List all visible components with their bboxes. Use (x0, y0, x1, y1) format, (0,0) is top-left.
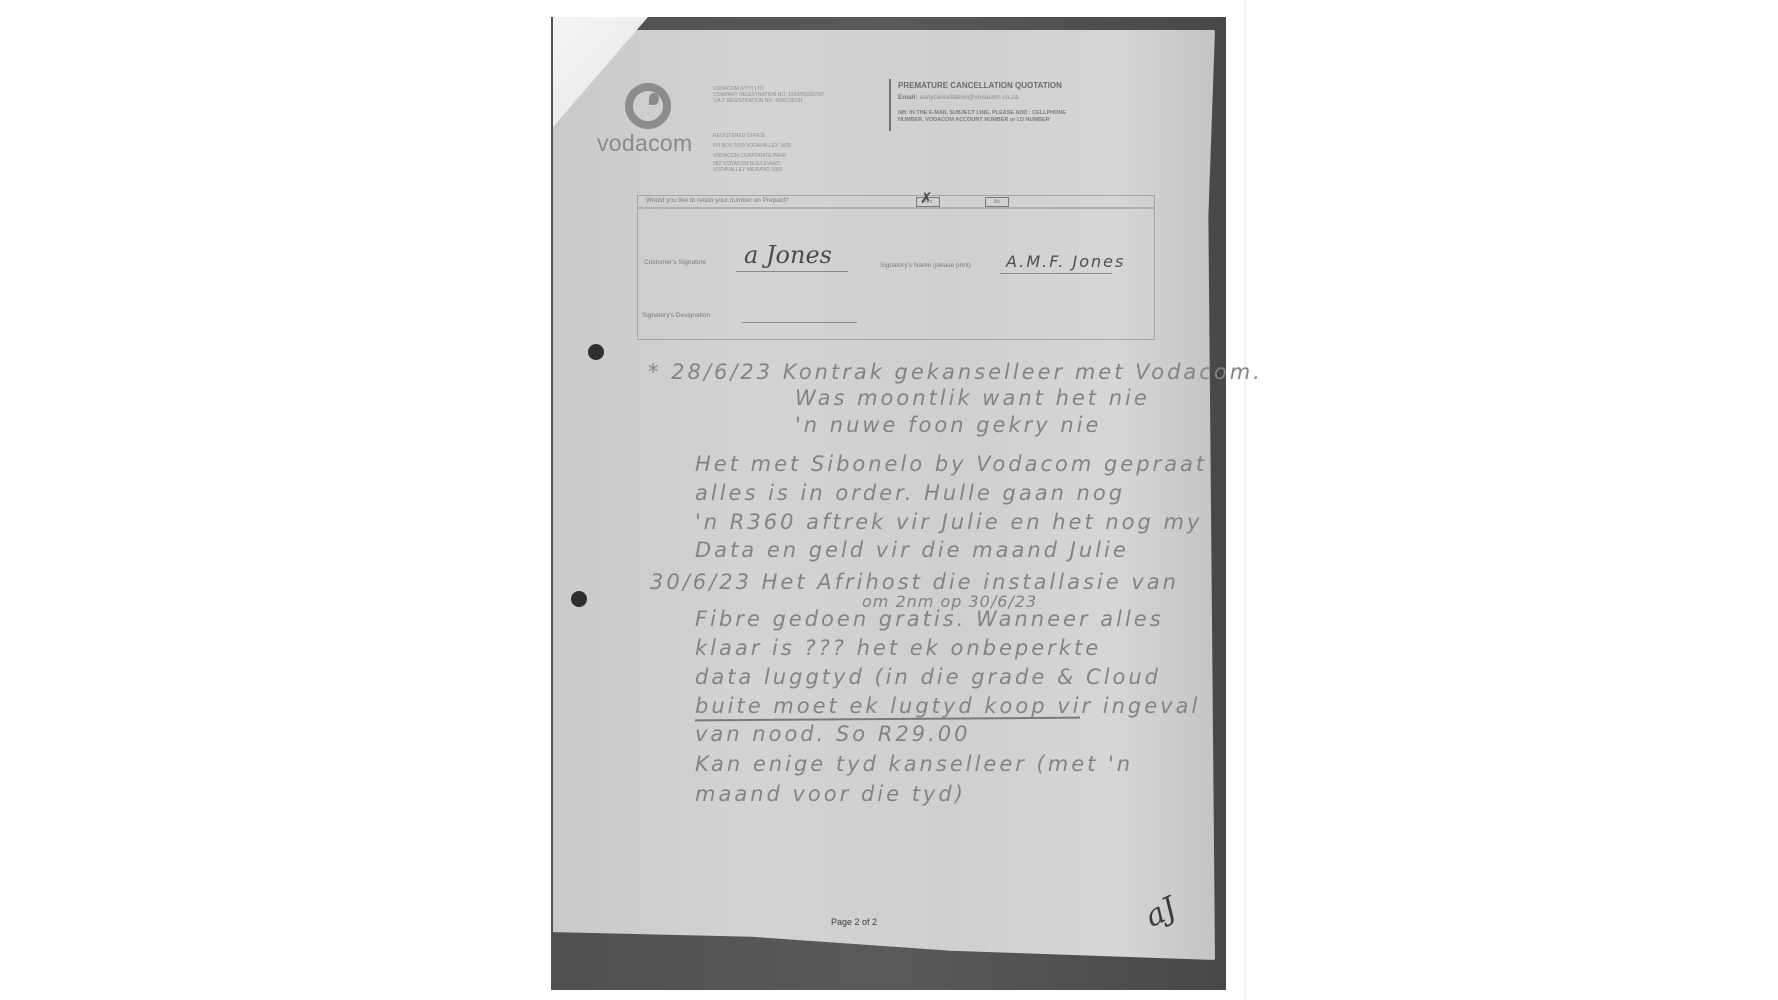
note-line: Was moontlik want het nie (795, 386, 1150, 410)
note-line-1: NB: IN THE E-MAIL SUBJECT LINE, PLEASE A… (898, 110, 1138, 117)
vat-reg-number: V.A.T REGISTRATION No. 4930138191 (713, 98, 824, 104)
subject-line-note: NB: IN THE E-MAIL SUBJECT LINE, PLEASE A… (898, 110, 1138, 124)
note-line: buite moet ek lugtyd koop vir ingeval (695, 694, 1200, 718)
signatory-designation-label: Signatory's Designation (642, 312, 710, 319)
hole-punch (588, 344, 604, 360)
note-line: alles is in order. Hulle gaan nog (695, 481, 1125, 505)
note-line: 'n R360 aftrek vir Julie en het nog my (695, 510, 1202, 534)
office-heading: REGISTERED OFFICE (713, 131, 791, 141)
email-address: earlycancellation@vodacom.co.za (919, 94, 1018, 101)
prepaid-question: Would you like to retain your number on … (646, 197, 789, 204)
note-line: data luggtyd (in die grade & Cloud (695, 665, 1161, 689)
office-po-box: PO BOX 7000 VODAVALLEY 1665 (713, 141, 791, 151)
page-number: Page 2 of 2 (831, 917, 877, 927)
signatory-name-line (1000, 273, 1112, 274)
no-label: No (994, 199, 1000, 205)
no-checkbox[interactable]: No (985, 197, 1009, 207)
office-park: VODACOM CORPORATE PARK (713, 151, 791, 161)
signatory-designation-line (742, 322, 857, 323)
note-line: Kan enige tyd kanselleer (met 'n (695, 752, 1133, 776)
page-divider (1244, 0, 1246, 1000)
note-line: maand voor die tyd) (695, 782, 966, 806)
note-line: Fibre gedoen gratis. Wanneer alles (695, 607, 1164, 631)
customer-signature: a Jones (744, 241, 832, 269)
prepaid-question-row: Would you like to retain your number on … (638, 196, 1154, 209)
yes-checkbox[interactable]: Yes ✗ (916, 197, 940, 207)
signature-form: Would you like to retain your number on … (637, 195, 1155, 340)
header-email: Email: earlycancellation@vodacom.co.za (898, 94, 1018, 101)
registered-office: REGISTERED OFFICE PO BOX 7000 VODAVALLEY… (713, 131, 791, 173)
note-line: 30/6/23 Het Afrihost die installasie van (650, 570, 1179, 594)
checkmark-x-icon: ✗ (920, 194, 933, 202)
header-divider (889, 79, 891, 131)
note-line: Het met Sibonelo by Vodacom gepraat (695, 452, 1207, 476)
email-label: Email: (898, 94, 918, 101)
signatory-name: A.M.F. Jones (1006, 252, 1125, 271)
company-logo-text: vodacom (597, 130, 692, 157)
note-line-2: NUMBER, VODACOM ACCOUNT NUMBER or I.D NU… (898, 117, 1138, 124)
document-title: PREMATURE CANCELLATION QUOTATION (898, 81, 1062, 90)
note-line: 'n nuwe foon gekry nie (795, 413, 1101, 437)
customer-signature-label: Customer's Signature (644, 259, 706, 266)
note-line: van nood. So R29.00 (695, 722, 971, 746)
company-registration: VODACOM (PTY) LTD COMPANY REGISTRATION N… (713, 86, 824, 104)
vodacom-logo-icon (625, 83, 671, 129)
customer-signature-line (736, 271, 848, 272)
office-city: VODAVALLEY MIDRAND 1685 (713, 167, 791, 173)
note-line: Data en geld vir die maand Julie (695, 538, 1129, 562)
signatory-name-label: Signatory's Name (please print) (880, 262, 971, 269)
note-line: klaar is ??? het ek onbeperkte (695, 636, 1101, 660)
note-line: * 28/6/23 Kontrak gekanselleer met Vodac… (648, 360, 1263, 384)
hole-punch (571, 591, 587, 607)
